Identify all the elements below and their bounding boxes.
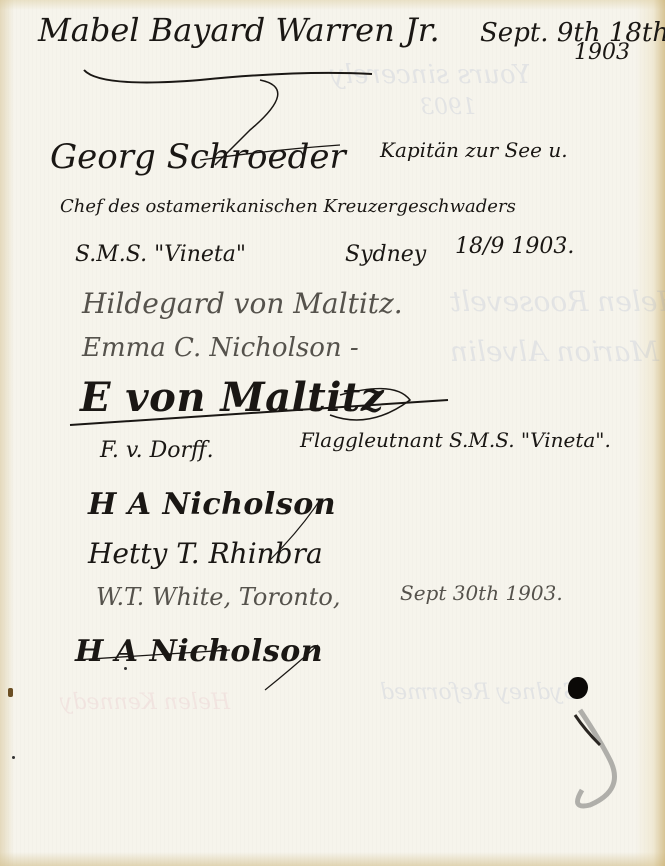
bleed-through-text: Sydney Reformed: [380, 680, 578, 705]
signature-nicholson-2: H A Nicholson: [75, 637, 323, 667]
date-note: 18/9 1903.: [455, 236, 574, 258]
signature-nicholson-1: H A Nicholson: [88, 490, 336, 520]
bleed-through-text: Marion Alvelin: [450, 335, 659, 368]
album-page: Yours sincerely 1903 Helen Roosevelt Mar…: [0, 0, 665, 866]
speck: [12, 756, 15, 759]
bleed-through-text: Yours sincerely: [330, 60, 531, 90]
title-line: Chef des ostamerikanischen Kreuzergeschw…: [60, 198, 516, 216]
date-note: Sept 30th 1903.: [400, 583, 563, 603]
speck: [124, 667, 127, 670]
signature-evon-maltitz: E von Maltitz: [80, 378, 384, 418]
bleed-through-text: Helen Kennedy: [60, 690, 230, 715]
year-note: 1903: [574, 42, 630, 64]
signature-hetty: Hetty T. Rhinbra: [88, 540, 323, 568]
signature-dorff: F. v. Dorff.: [100, 440, 214, 462]
signature-hildegard: Hildegard von Maltitz.: [82, 290, 403, 318]
ship-name: S.M.S. "Vineta": [75, 244, 246, 266]
ink-blot: [568, 677, 588, 699]
place-name: Sydney: [345, 244, 426, 266]
rank-note: Flaggleutnant S.M.S. "Vineta".: [300, 430, 611, 450]
date-note: Sept. 9th 18th: [480, 20, 665, 46]
signature-warren: Mabel Bayard Warren Jr.: [38, 14, 440, 46]
signature-white: W.T. White, Toronto,: [96, 585, 340, 609]
signature-schroeder: Georg Schroeder: [50, 140, 346, 174]
bleed-through-text: Helen Roosevelt: [450, 285, 665, 318]
bleed-through-text: 1903: [420, 95, 476, 120]
paper-stain: [8, 688, 13, 697]
title-note: Kapitän zur See u.: [380, 140, 568, 160]
signature-emma: Emma C. Nicholson -: [82, 335, 359, 361]
